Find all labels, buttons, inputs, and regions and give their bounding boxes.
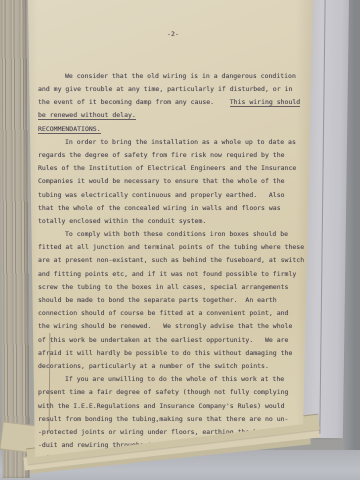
typed-line: To comply with both these conditions iro… bbox=[38, 228, 308, 241]
book-fore-edge-left bbox=[0, 0, 30, 478]
typed-line: tubing was electrically continuous and p… bbox=[38, 189, 308, 202]
typed-line: should be made to bond the separate part… bbox=[38, 294, 308, 307]
typed-line: fitted at all junction and terminal poin… bbox=[38, 241, 308, 254]
typed-line: the wiring should be renewed. We strongl… bbox=[38, 320, 308, 333]
typed-line: totally enclosed within the conduit syst… bbox=[38, 215, 308, 228]
typed-line: Rules of the Institution of Electrical E… bbox=[38, 162, 308, 175]
typed-line: with the I.E.E.Regulations and Insurance… bbox=[38, 400, 308, 413]
typed-line: regards the degree of safety from fire r… bbox=[38, 149, 308, 162]
typed-line: that the whole of the concealed wiring i… bbox=[38, 202, 308, 215]
typed-line: and my give trouble at any time, particu… bbox=[38, 83, 308, 96]
typed-line: connection should of course be fitted at… bbox=[38, 307, 308, 320]
typed-line: We consider that the old wiring is in a … bbox=[38, 70, 308, 83]
typed-line: RECOMMENDATIONS. bbox=[38, 123, 308, 136]
typed-line: result from bonding the tubing,making su… bbox=[38, 413, 308, 426]
typed-line: present time a fair degree of safety (th… bbox=[38, 386, 308, 399]
typed-text: -2- We consider that the old wiring is i… bbox=[38, 2, 308, 465]
typed-line: In order to bring the installation as a … bbox=[38, 136, 308, 149]
typed-line: of this work be undertaken at the earlie… bbox=[38, 334, 308, 347]
photo-background: -2- We consider that the old wiring is i… bbox=[0, 0, 360, 480]
typed-line: Companies it would be necessary to ensur… bbox=[38, 175, 308, 188]
paper-sheet: -2- We consider that the old wiring is i… bbox=[26, 0, 313, 462]
typed-line: screw the tubing to the boxes in all cas… bbox=[38, 281, 308, 294]
typed-line: be renewed without delay. bbox=[38, 109, 308, 122]
typed-line: are at present non-existant, such as beh… bbox=[38, 254, 308, 267]
page-number: -2- bbox=[38, 28, 308, 43]
typed-line: the event of it becoming damp from any c… bbox=[38, 96, 308, 109]
typed-line: afraid it will hardly be possible to do … bbox=[38, 347, 308, 360]
typed-line: decorations, particularly at a number of… bbox=[38, 360, 308, 373]
typed-line: and fitting points etc, and if it was no… bbox=[38, 268, 308, 281]
typed-line: If you are unwilling to do the whole of … bbox=[38, 373, 308, 386]
